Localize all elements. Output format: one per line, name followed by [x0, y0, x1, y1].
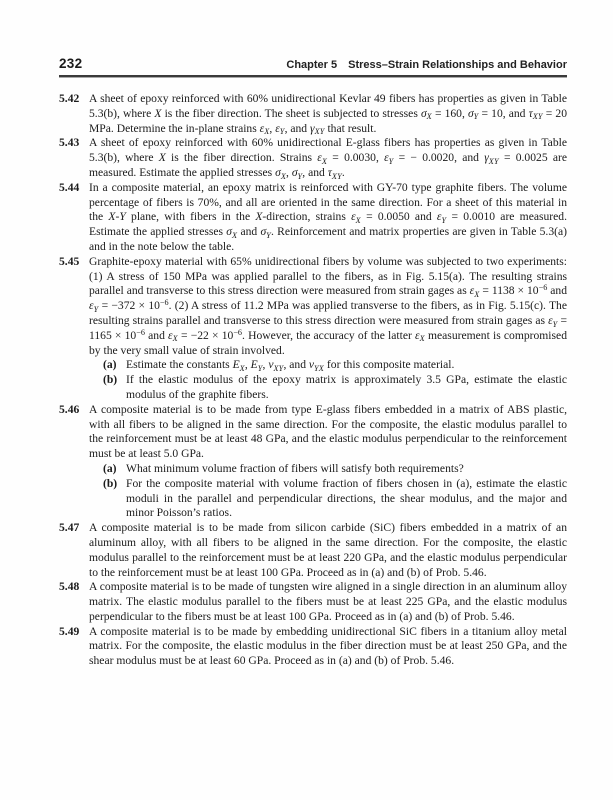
problem-body: In a composite material, an epoxy matrix…	[89, 181, 567, 255]
math-subscript: Y	[94, 305, 99, 314]
problem-part: (b)For the composite material with volum…	[103, 477, 567, 521]
problem-body: A composite material is to be made of tu…	[89, 580, 567, 624]
math-subscript: X	[264, 127, 269, 136]
problem-number: 5.48	[59, 580, 89, 595]
problem-body: A sheet of epoxy reinforced with 60% uni…	[89, 136, 567, 180]
problem-item: 5.44In a composite material, an epoxy ma…	[59, 181, 567, 255]
math-variable: ε	[89, 299, 94, 312]
math-variable: ε	[384, 151, 389, 164]
math-subscript: X	[232, 231, 237, 240]
math-subscript: X	[356, 216, 361, 225]
problem-item: 5.47A composite material is to be made f…	[59, 521, 567, 580]
math-superscript: −6	[539, 283, 548, 292]
problem-number: 5.42	[59, 92, 89, 107]
math-variable: X	[255, 210, 262, 223]
math-variable: σ	[468, 107, 474, 120]
math-variable: σ	[421, 107, 427, 120]
problem-number: 5.44	[59, 181, 89, 196]
chapter-title: Stress–Strain Relationships and Behavior	[348, 59, 567, 71]
problem-text: A composite material is to be made from …	[89, 521, 567, 580]
problem-body: A sheet of epoxy reinforced with 60% uni…	[89, 92, 567, 136]
problem-text: A composite material is to be made by em…	[89, 625, 567, 669]
problem-list: 5.42A sheet of epoxy reinforced with 60%…	[59, 92, 567, 669]
math-subscript: X	[420, 334, 425, 343]
math-variable: ε	[548, 314, 553, 327]
problem-text: A composite material is to be made of tu…	[89, 580, 567, 624]
problem-part: (b)If the elastic modulus of the epoxy m…	[103, 373, 567, 403]
math-variable: E	[251, 358, 258, 371]
problem-number: 5.45	[59, 255, 89, 270]
math-subscript: Y	[298, 172, 303, 181]
math-subscript: XY	[315, 127, 325, 136]
math-subscript: XY	[273, 364, 283, 373]
math-subscript: Y	[280, 127, 285, 136]
math-variable: ε	[168, 329, 173, 342]
problem-part: (a)Estimate the constants EX, EY, νXY, a…	[103, 358, 567, 373]
math-subscript: X	[322, 157, 327, 166]
math-variable: X	[108, 210, 115, 223]
problem-item: 5.46A composite material is to be made f…	[59, 403, 567, 521]
math-variable: σ	[292, 166, 298, 179]
problem-text: A sheet of epoxy reinforced with 60% uni…	[89, 136, 567, 180]
problem-part-text: Estimate the constants EX, EY, νXY, and …	[126, 358, 567, 373]
problem-part-label: (b)	[103, 477, 126, 521]
math-subscript: Y	[553, 320, 558, 329]
math-superscript: −6	[233, 328, 242, 337]
math-variable: X	[154, 107, 161, 120]
problem-body: A composite material is to be made by em…	[89, 625, 567, 669]
problem-item: 5.49A composite material is to be made b…	[59, 625, 567, 669]
problem-number: 5.47	[59, 521, 89, 536]
math-variable: ε	[415, 329, 420, 342]
header-rule	[59, 75, 567, 78]
math-variable: ε	[351, 210, 356, 223]
problem-part: (a)What minimum volume fraction of fiber…	[103, 462, 567, 477]
problem-item: 5.45Graphite-epoxy material with 65% uni…	[59, 255, 567, 403]
math-subscript: Y	[258, 364, 263, 373]
math-subscript: XY	[332, 172, 342, 181]
problem-number: 5.49	[59, 625, 89, 640]
math-superscript: −6	[136, 328, 145, 337]
page-header: 232 Chapter 5Stress–Strain Relationships…	[59, 56, 567, 71]
math-subscript: X	[240, 364, 245, 373]
problem-text: A sheet of epoxy reinforced with 60% uni…	[89, 92, 567, 136]
math-variable: σ	[275, 166, 281, 179]
math-subscript: XY	[489, 157, 499, 166]
problem-item: 5.42A sheet of epoxy reinforced with 60%…	[59, 92, 567, 136]
problem-item: 5.43A sheet of epoxy reinforced with 60%…	[59, 136, 567, 180]
textbook-page: 232 Chapter 5Stress–Strain Relationships…	[0, 0, 613, 800]
math-subscript: X	[427, 112, 432, 121]
problem-part-label: (b)	[103, 373, 126, 403]
chapter-heading: Chapter 5Stress–Strain Relationships and…	[286, 59, 567, 71]
math-subscript: Y	[389, 157, 394, 166]
problem-part-text: For the composite material with volume f…	[126, 477, 567, 521]
problem-number: 5.43	[59, 136, 89, 151]
math-variable: Y	[119, 210, 125, 223]
math-variable: E	[233, 358, 240, 371]
math-variable: X	[159, 151, 166, 164]
math-subscript: X	[173, 334, 178, 343]
math-subscript: Y	[474, 112, 479, 121]
problem-number: 5.46	[59, 403, 89, 418]
math-subscript: XY	[533, 112, 543, 121]
math-superscript: −6	[160, 298, 169, 307]
problem-text: A composite material is to be made from …	[89, 403, 567, 462]
problem-body: A composite material is to be made from …	[89, 521, 567, 580]
problem-body: Graphite-epoxy material with 65% unidire…	[89, 255, 567, 403]
problem-text: In a composite material, an epoxy matrix…	[89, 181, 567, 255]
math-subscript: Y	[266, 231, 271, 240]
math-subscript: X	[474, 290, 479, 299]
problem-part-text: If the elastic modulus of the epoxy matr…	[126, 373, 567, 403]
problem-part-text: What minimum volume fraction of fibers w…	[126, 462, 567, 477]
problem-part-label: (a)	[103, 358, 126, 373]
math-subscript: X	[281, 172, 286, 181]
problem-body: A composite material is to be made from …	[89, 403, 567, 521]
problem-part-label: (a)	[103, 462, 126, 477]
math-variable: γ	[310, 122, 315, 135]
problem-text: Graphite-epoxy material with 65% unidire…	[89, 255, 567, 359]
problem-item: 5.48A composite material is to be made o…	[59, 580, 567, 624]
chapter-label: Chapter 5	[286, 59, 337, 71]
math-subscript: YX	[314, 364, 324, 373]
math-subscript: Y	[441, 216, 446, 225]
page-number: 232	[59, 56, 82, 71]
